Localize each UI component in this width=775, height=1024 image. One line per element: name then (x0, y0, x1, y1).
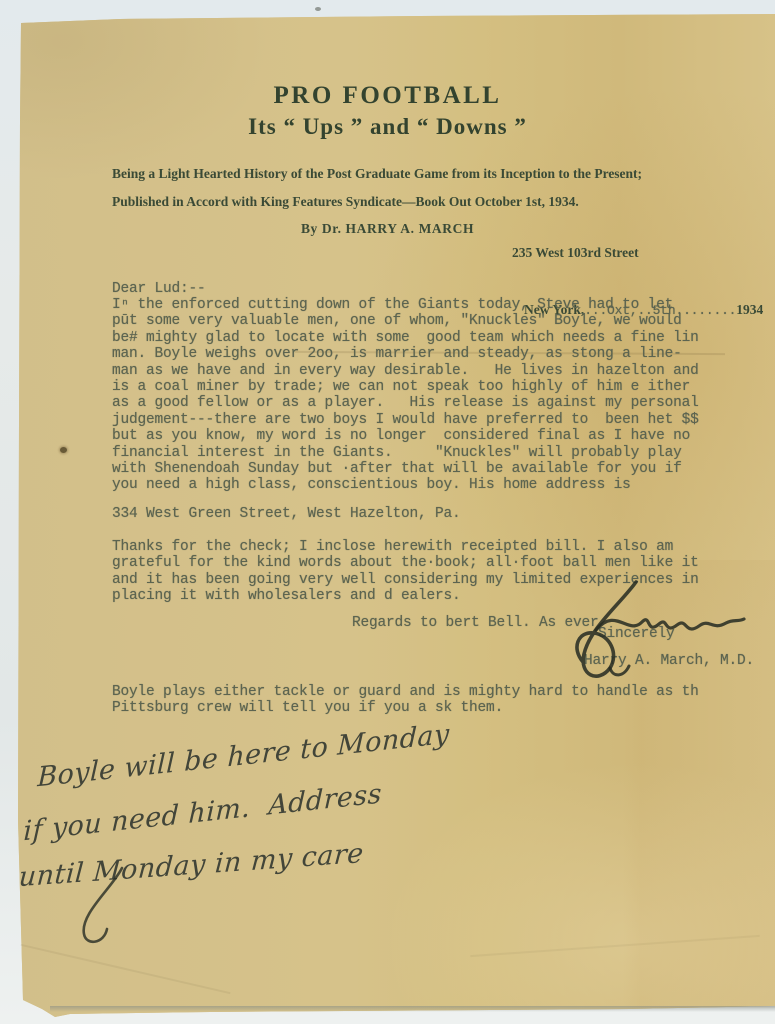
letterhead-subtitle: Its “ Ups ” and “ Downs ” (0, 114, 775, 140)
letterhead-tagline-2: Published in Accord with King Features S… (112, 194, 579, 210)
body-line: placing it with wholesalers and d ealers… (112, 588, 461, 604)
body-line: you need a high class, conscientious boy… (112, 477, 631, 493)
salutation: Dear Lud:-- (112, 281, 206, 297)
body-line: judgement---there are two boys I would h… (112, 412, 699, 428)
body-line: grateful for the kind words about the·bo… (112, 555, 699, 571)
letterhead-tagline-1: Being a Light Hearted History of the Pos… (112, 166, 642, 182)
body-line: Thanks for the check; I inclose herewith… (112, 539, 673, 555)
letterhead-byline: By Dr. HARRY A. MARCH (0, 221, 775, 237)
handwritten-signature (538, 578, 758, 698)
body-line: financial interest in the Giants. "Knuck… (112, 445, 682, 461)
postscript-line: Pittsburg crew will tell you if you a sk… (112, 700, 503, 716)
body-line: as a good fellow or as a player. His rel… (112, 395, 699, 411)
body-line: be# mighty glad to locate with some good… (112, 330, 699, 346)
home-address-line: 334 West Green Street, West Hazelton, Pa… (112, 506, 461, 522)
date-year: 1934 (736, 302, 763, 317)
body-line: is a coal miner by trade; we can not spe… (112, 379, 690, 395)
body-line: man as we have and in every way desirabl… (112, 363, 699, 379)
body-line: with Shenendoah Sunday but ·after that w… (112, 461, 682, 477)
handwriting-flourish (58, 866, 153, 956)
letterhead-street-address: 235 West 103rd Street (512, 245, 639, 261)
body-line: but as you know, my word is no longer co… (112, 428, 690, 444)
scanned-letter-page: PRO FOOTBALL Its “ Ups ” and “ Downs ” B… (0, 0, 775, 1024)
body-line: man. Boyle weighs over 2oo, is marrier a… (112, 346, 682, 362)
postscript-line: Boyle plays either tackle or guard and i… (112, 684, 699, 700)
letterhead-title: PRO FOOTBALL (0, 82, 775, 110)
body-line: Iⁿ the enforced cutting down of the Gian… (112, 297, 673, 313)
body-line: pūt some very valuable men, one of whom,… (112, 313, 682, 329)
scanner-speck (315, 7, 321, 11)
